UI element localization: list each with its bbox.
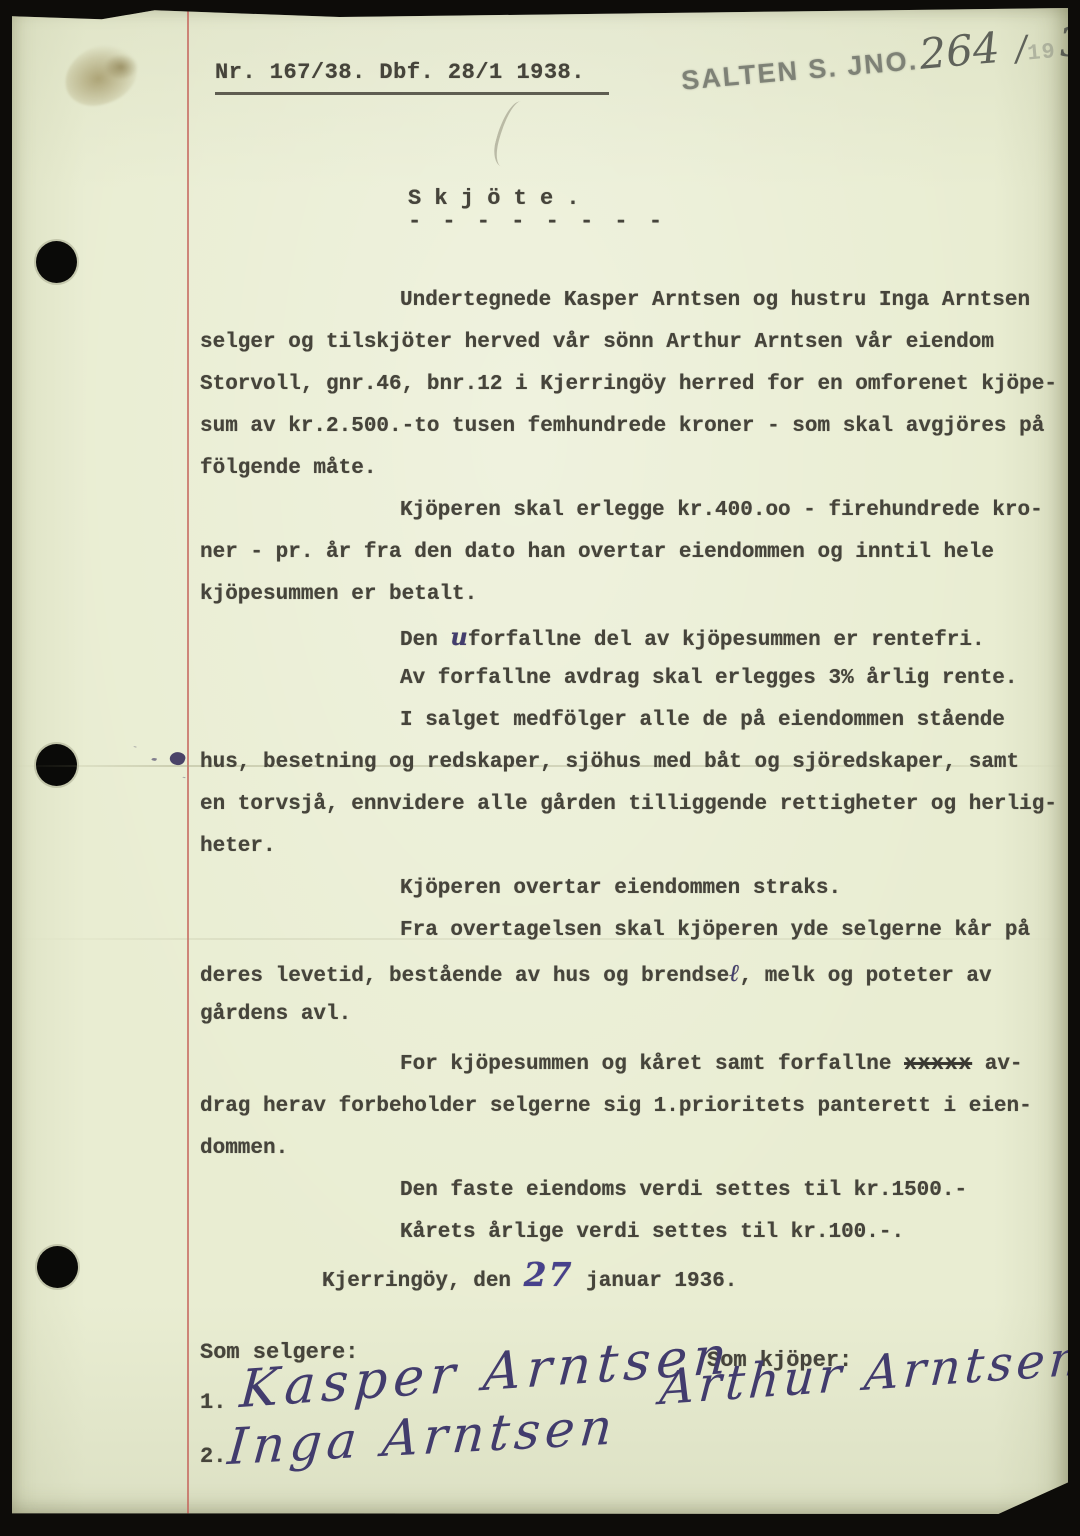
document-line: fölgende måte. <box>200 448 1062 490</box>
typed-text: forfallne del av kjöpesummen er rentefri… <box>468 629 985 652</box>
document-line: dommen. <box>200 1128 1062 1170</box>
document-title: S k j ö t e . <box>408 186 666 211</box>
journal-reference: Nr. 167/38. Dbf. 28/1 1938. <box>215 60 609 95</box>
typed-text: hus, besetning og redskaper, sjöhus med … <box>200 751 1019 774</box>
stamp-agency-text: SALTEN S. JNO. <box>680 45 919 96</box>
handwritten-insert: u <box>450 622 467 651</box>
punch-hole <box>37 1246 78 1288</box>
typed-text: Kjerringöy, den <box>322 1270 524 1293</box>
typed-text: Fra overtagelsen skal kjöperen yde selge… <box>400 919 1030 942</box>
typed-text: januar 1936. <box>574 1270 738 1293</box>
typed-text: Kjöperen skal erlegge kr.400.oo - firehu… <box>400 499 1043 522</box>
paper-stain <box>104 54 138 80</box>
document-line: Fra overtagelsen skal kjöperen yde selge… <box>200 910 1062 952</box>
typed-text: selger og tilskjöter herved vår sönn Art… <box>200 331 994 354</box>
document-line: gårdens avl. <box>200 994 1062 1036</box>
document-line: For kjöpesummen og kåret samt forfallne … <box>200 1044 1062 1086</box>
typed-text: Den <box>400 629 450 652</box>
typed-text: Undertegnede Kasper Arntsen og hustru In… <box>400 289 1030 312</box>
document-line: Kjöperen skal erlegge kr.400.oo - firehu… <box>200 490 1062 532</box>
date-line: Kjerringöy, den 27 januar 1936. <box>200 1254 1062 1296</box>
document-line: Den uforfallne del av kjöpesummen er ren… <box>200 616 1062 658</box>
stamp-century: 19 <box>1026 39 1056 66</box>
typed-text: I salget medfölger alle de på eiendommen… <box>400 709 1005 732</box>
typed-text: Av forfallne avdrag skal erlegges 3% årl… <box>400 667 1018 690</box>
document-line: Undertegnede Kasper Arntsen og hustru In… <box>200 280 1062 322</box>
typed-text: gårdens avl. <box>200 1003 351 1026</box>
document-line: Kjöperen overtar eiendommen straks. <box>200 868 1062 910</box>
typed-text: Kårets årlige verdi settes til kr.100.-. <box>400 1221 904 1244</box>
typed-text: , melk og poteter av <box>740 965 992 988</box>
document-line: sum av kr.2.500.-to tusen femhundrede kr… <box>200 406 1062 448</box>
punch-hole <box>36 241 77 283</box>
document-body: Undertegnede Kasper Arntsen og hustru In… <box>200 280 1062 1296</box>
registry-stamp: SALTEN S. JNO.264/1938 <box>679 13 1080 99</box>
document-line: Den faste eiendoms verdi settes til kr.1… <box>200 1170 1062 1212</box>
stamp-journal-number: 264 <box>917 23 1001 79</box>
document-line: Kårets årlige verdi settes til kr.100.-. <box>200 1212 1062 1254</box>
typed-text: drag herav forbeholder selgerne sig 1.pr… <box>200 1095 1032 1118</box>
stamp-year-handwritten: 38 <box>1057 16 1080 66</box>
document-page: Nr. 167/38. Dbf. 28/1 1938. SALTEN S. JN… <box>12 8 1068 1514</box>
title-underline-dashes: - - - - - - - - <box>408 209 666 234</box>
document-line: heter. <box>200 826 1062 868</box>
document-line: kjöpesummen er betalt. <box>200 574 1062 616</box>
typed-text: en torvsjå, ennvidere alle gården tillig… <box>200 793 1057 816</box>
document-line: ner - pr. år fra den dato han overtar ei… <box>200 532 1062 574</box>
document-line: Storvoll, gnr.46, bnr.12 i Kjerringöy he… <box>200 364 1062 406</box>
seller1-index: 1. <box>200 1390 226 1415</box>
typed-text: av- <box>972 1053 1022 1076</box>
document-line: hus, besetning og redskaper, sjöhus med … <box>200 742 1062 784</box>
typed-text: sum av kr.2.500.-to tusen femhundrede kr… <box>200 415 1044 438</box>
seller2-index: 2. <box>200 1444 226 1469</box>
typed-text: kjöpesummen er betalt. <box>200 583 477 606</box>
typed-text: dommen. <box>200 1137 288 1160</box>
pencil-mark <box>490 98 534 171</box>
typed-text: For kjöpesummen og kåret samt forfallne <box>400 1053 904 1076</box>
typed-text: Storvoll, gnr.46, bnr.12 i Kjerringöy he… <box>200 373 1057 396</box>
typed-text: fölgende måte. <box>200 457 376 480</box>
document-line: en torvsjå, ennvidere alle gården tillig… <box>200 784 1062 826</box>
typed-text: Kjöperen overtar eiendommen straks. <box>400 877 841 900</box>
red-margin-line <box>187 8 189 1514</box>
struck-out-text: xxxxx <box>904 1053 972 1076</box>
document-line: deres levetid, bestående av hus og brend… <box>200 952 1062 994</box>
handwritten-insert: ℓ <box>729 958 739 987</box>
document-line: I salget medfölger alle de på eiendommen… <box>200 700 1062 742</box>
document-line: drag herav forbeholder selgerne sig 1.pr… <box>200 1086 1062 1128</box>
typed-text: ner - pr. år fra den dato han overtar ei… <box>200 541 994 564</box>
typed-text: deres levetid, bestående av hus og brend… <box>200 965 729 988</box>
document-title-block: S k j ö t e . - - - - - - - - <box>408 186 666 234</box>
handwritten-insert: 27 <box>524 1255 574 1294</box>
document-line: Av forfallne avdrag skal erlegges 3% årl… <box>200 658 1062 700</box>
document-line: selger og tilskjöter herved vår sönn Art… <box>200 322 1062 364</box>
typed-text: heter. <box>200 835 276 858</box>
typed-text: Den faste eiendoms verdi settes til kr.1… <box>400 1179 967 1202</box>
